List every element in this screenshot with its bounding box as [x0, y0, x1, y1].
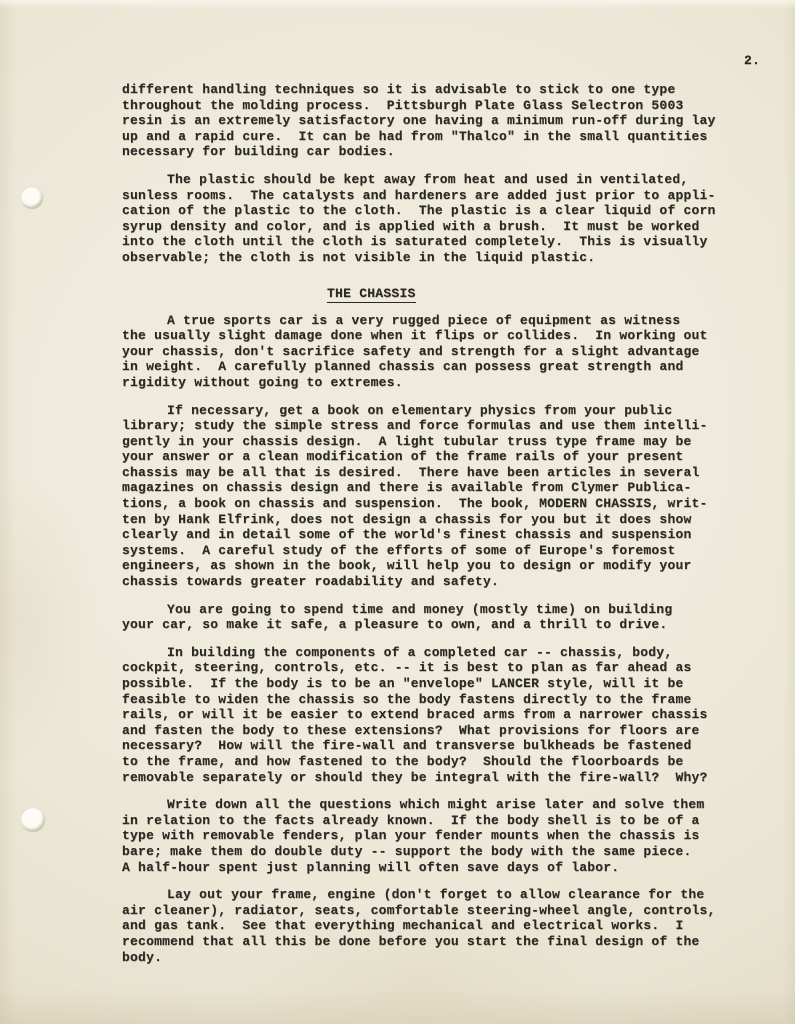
scanned-document-page: 2. different handling techniques so it i… [0, 0, 795, 1024]
paragraph: A true sports car is a very rugged piece… [122, 313, 754, 391]
paragraph: If necessary, get a book on elementary p… [122, 403, 754, 590]
punch-hole-top [21, 187, 43, 209]
paragraph: You are going to spend time and money (m… [122, 602, 754, 633]
paragraph: Write down all the questions which might… [122, 797, 754, 875]
section-heading: THE CHASSIS [327, 286, 416, 304]
page-number: 2. [744, 53, 760, 69]
paragraph: The plastic should be kept away from hea… [122, 172, 754, 266]
paragraph: Lay out your frame, engine (don't forget… [122, 887, 754, 965]
document-text-block: different handling techniques so it is a… [122, 82, 754, 977]
punch-hole-bottom [21, 808, 45, 832]
paragraph: In building the components of a complete… [122, 645, 754, 785]
paragraph: different handling techniques so it is a… [122, 82, 754, 160]
section-heading-row: THE CHASSIS [122, 284, 754, 301]
